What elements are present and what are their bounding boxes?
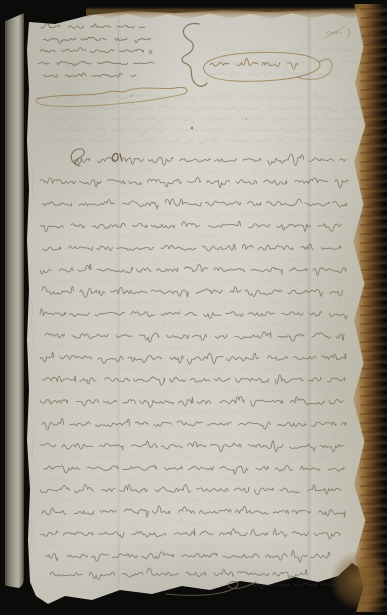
flourish-heading-oval <box>204 52 320 81</box>
paper-speck <box>191 127 193 129</box>
flourish-closing-swash <box>166 582 256 596</box>
paper-speck <box>130 95 132 97</box>
flourish-margin-ghost-1 <box>31 168 34 194</box>
handwriting-layer <box>0 0 387 615</box>
photograph <box>0 0 387 615</box>
flourish-corner-crease <box>366 18 371 38</box>
marginal-note <box>38 23 154 77</box>
paper-speck <box>245 118 247 120</box>
flourish-brace <box>182 23 207 86</box>
flourish-folio-number <box>326 32 342 35</box>
flourish-ink-blot <box>112 153 122 161</box>
flourish-initial-letter <box>71 149 84 166</box>
main-text <box>40 154 348 579</box>
flourish-folio-comma <box>347 29 349 38</box>
flourish-margin-ghost-4 <box>30 520 33 546</box>
flourish-margin-ghost-3 <box>32 430 34 458</box>
flourish-margin-ghost-2 <box>30 300 34 346</box>
ghost-text <box>48 46 358 588</box>
